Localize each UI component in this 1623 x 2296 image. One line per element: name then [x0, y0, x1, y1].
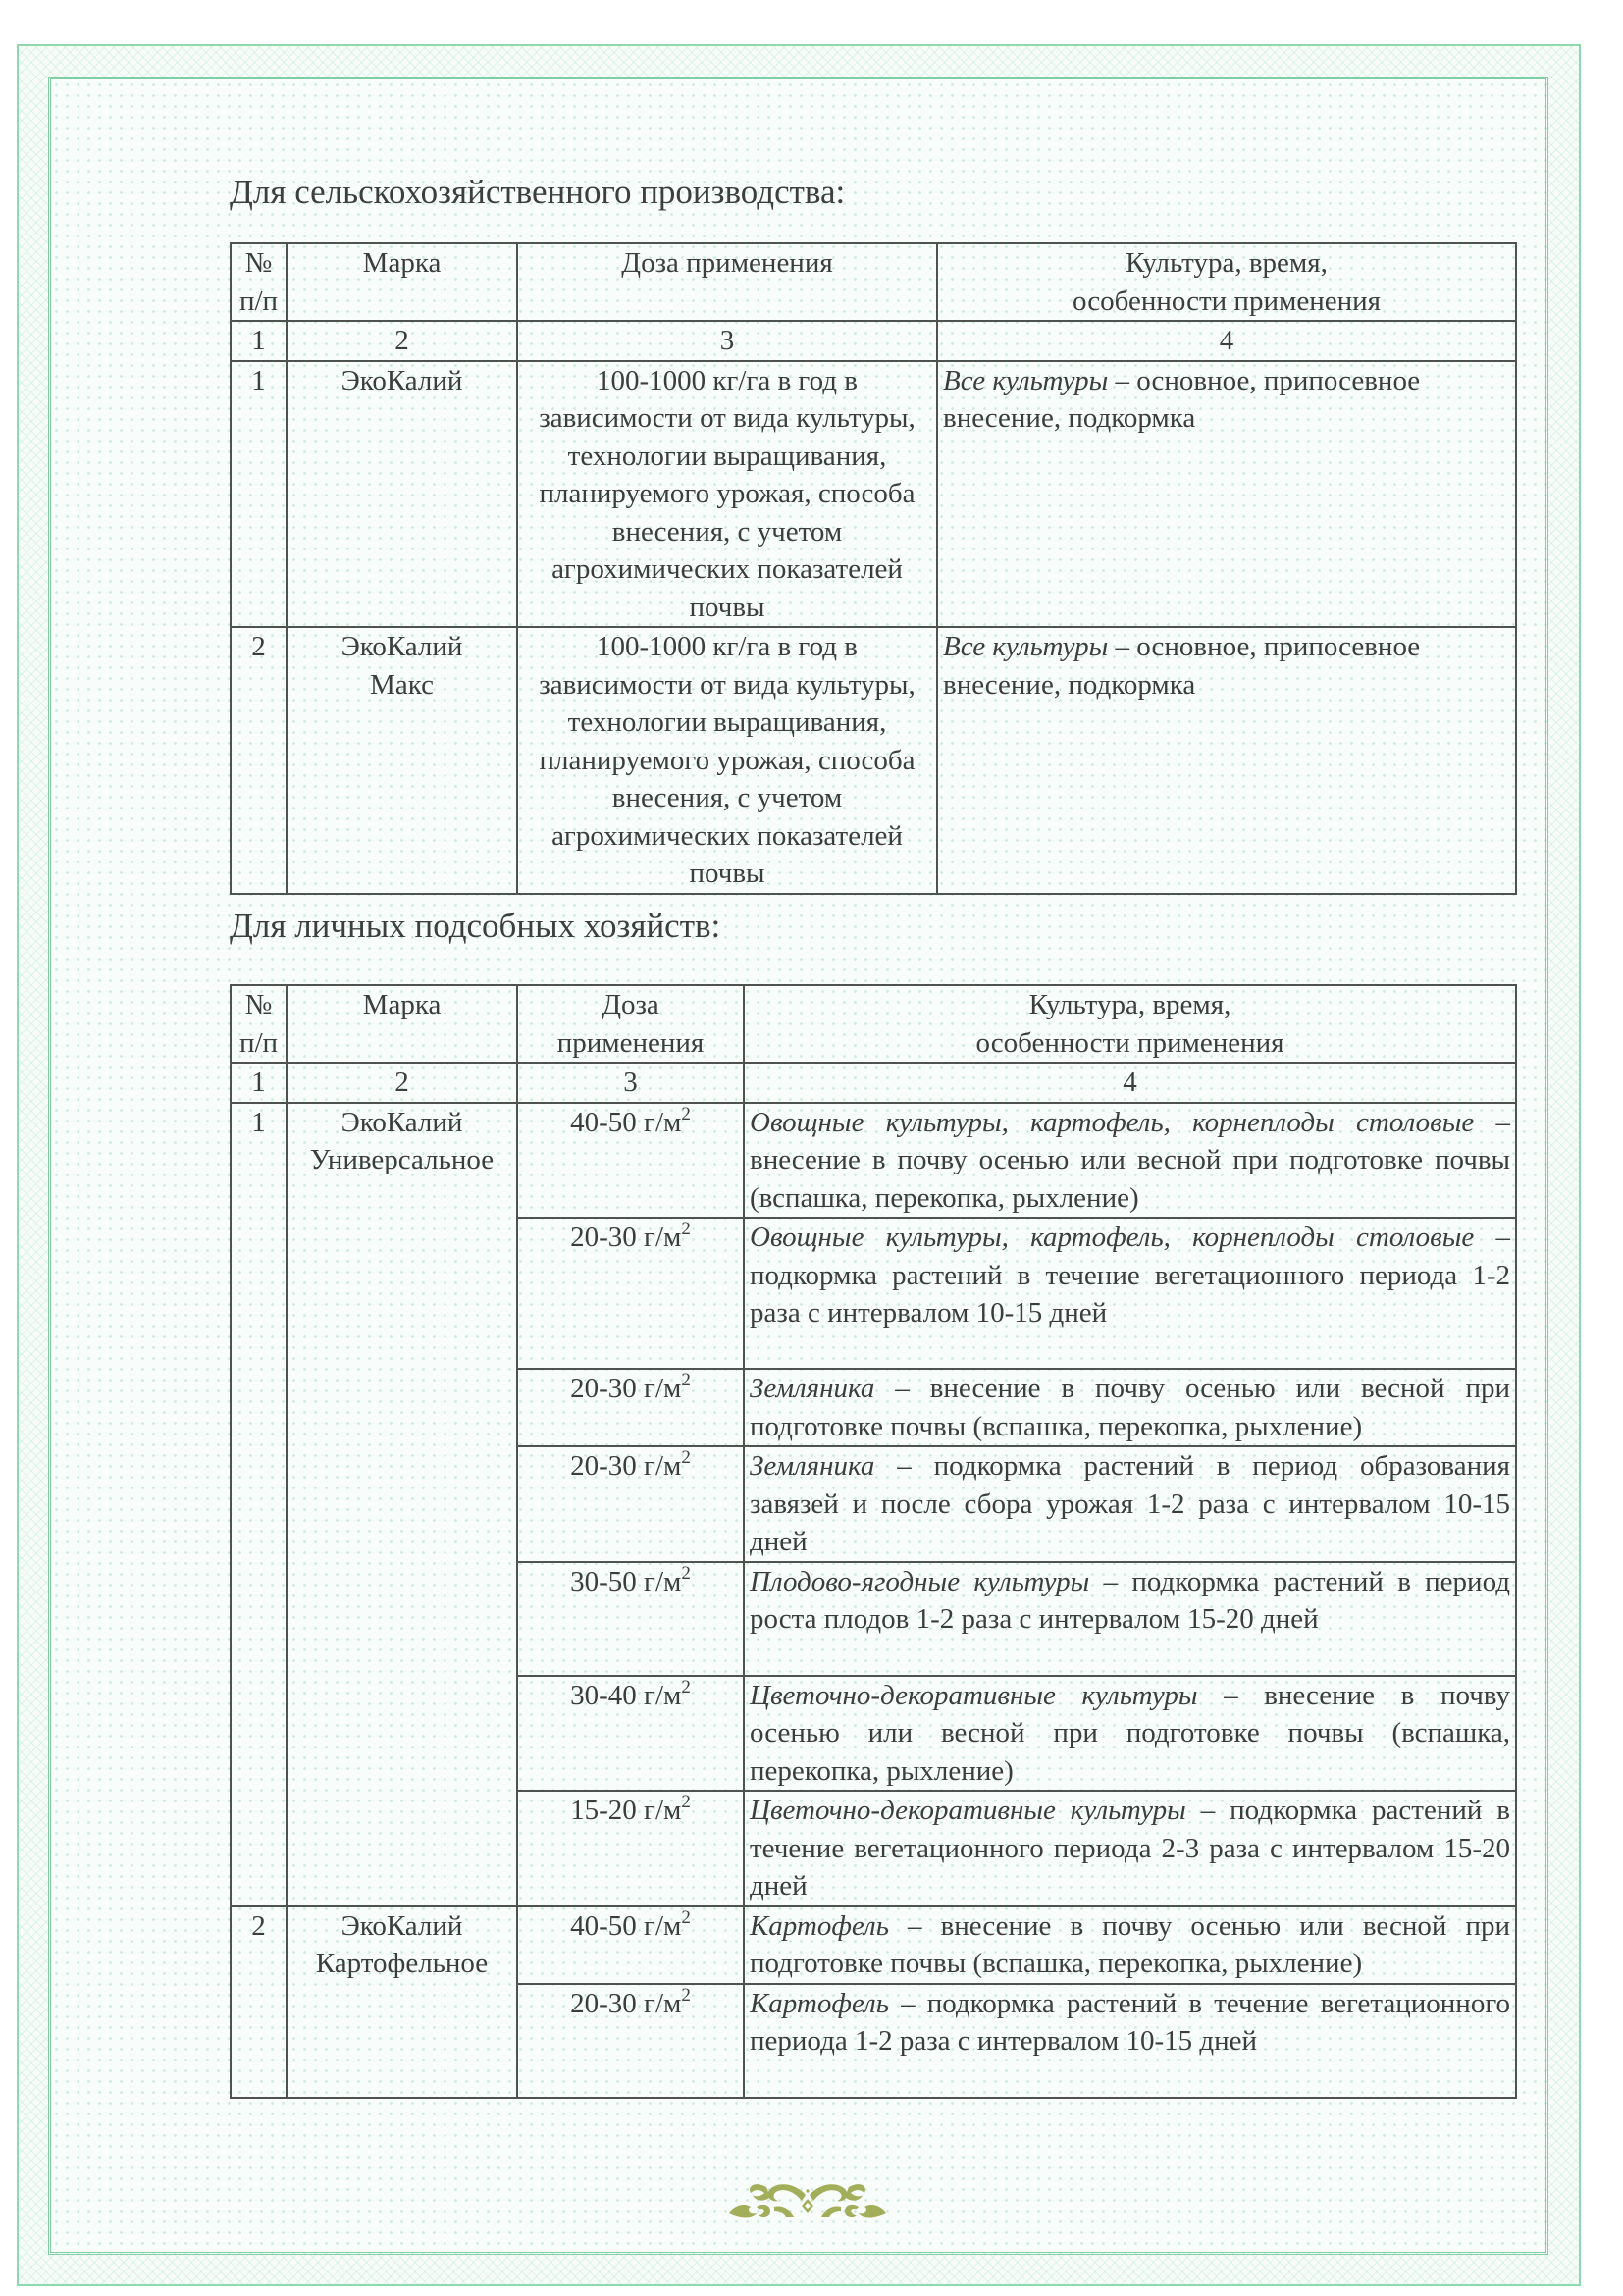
- dose-unit-exponent: 2: [681, 1985, 691, 2006]
- row-brand: ЭкоКалий Макс: [287, 627, 517, 894]
- row-num: 2: [231, 627, 287, 894]
- row-crop: Овощные культуры, картофель, корнеплоды …: [744, 1218, 1516, 1369]
- table-numbering-row: 1 2 3 4: [231, 1063, 1516, 1103]
- row-dose: 100-1000 кг/га в год в зависимости от ви…: [517, 361, 937, 628]
- header-brand: Марка: [287, 985, 517, 1063]
- row-dose: 40-50 г/м2: [517, 1103, 744, 1219]
- crop-name: Овощные культуры, картофель, корнеплоды …: [750, 1222, 1474, 1253]
- row-dose: 40-50 г/м2: [517, 1906, 744, 1984]
- dose-unit-exponent: 2: [681, 1370, 691, 1390]
- col-number-1: 1: [231, 321, 287, 361]
- header-crop: Культура, время, особенности применения: [937, 243, 1516, 321]
- crop-name: Картофель: [750, 1988, 889, 2019]
- dose-unit-exponent: 2: [681, 1219, 691, 1239]
- row-dose: 15-20 г/м2: [517, 1791, 744, 1906]
- dose-unit-exponent: 2: [681, 1447, 691, 1468]
- row-dose: 30-40 г/м2: [517, 1676, 744, 1792]
- row-dose: 20-30 г/м2: [517, 1446, 744, 1562]
- row-crop: Картофель – подкормка растений в течение…: [744, 1984, 1516, 2098]
- header-crop: Культура, время, особенности применения: [744, 985, 1516, 1063]
- header-num: № п/п: [231, 985, 287, 1063]
- header-dose: Доза применения: [517, 243, 937, 321]
- floral-ornament-icon: [727, 2179, 888, 2220]
- crop-name: Плодово-ягодные культуры: [750, 1566, 1089, 1597]
- row-brand: ЭкоКалий Универсальное: [287, 1103, 517, 1906]
- dose-value: 40-50 г/м: [570, 1910, 681, 1942]
- col-number-2: 2: [287, 1063, 517, 1103]
- table-households: № п/п Марка Доза применения Культура, вр…: [230, 984, 1517, 2099]
- header-dose: Доза применения: [517, 985, 744, 1063]
- crop-name: Земляника: [750, 1373, 874, 1404]
- dose-value: 20-30 г/м: [570, 1373, 681, 1404]
- dose-value: 30-40 г/м: [570, 1680, 681, 1711]
- header-brand: Марка: [287, 243, 517, 321]
- crop-name: Цветочно-декоративные культуры: [750, 1795, 1186, 1826]
- col-number-4: 4: [937, 321, 1516, 361]
- dose-value: 20-30 г/м: [570, 1222, 681, 1253]
- row-crop: Цветочно-декоративные культуры – внесени…: [744, 1676, 1516, 1792]
- crop-name: Цветочно-декоративные культуры: [750, 1680, 1197, 1711]
- section-title-households: Для личных подсобных хозяйств:: [230, 907, 720, 946]
- dose-unit-exponent: 2: [681, 1677, 691, 1697]
- row-dose: 20-30 г/м2: [517, 1218, 744, 1369]
- row-crop: Земляника – внесение в почву осенью или …: [744, 1369, 1516, 1446]
- dose-value: 15-20 г/м: [570, 1795, 681, 1826]
- row-crop: Плодово-ягодные культуры – подкормка рас…: [744, 1562, 1516, 1676]
- col-number-1: 1: [231, 1063, 287, 1103]
- table-row: 2 ЭкоКалий Макс 100-1000 кг/га в год в з…: [231, 627, 1516, 894]
- row-brand: ЭкоКалий: [287, 361, 517, 628]
- dose-unit-exponent: 2: [681, 1792, 691, 1812]
- table-row: 1ЭкоКалий Универсальное40-50 г/м2Овощные…: [231, 1103, 1516, 1219]
- row-dose: 100-1000 кг/га в год в зависимости от ви…: [517, 627, 937, 894]
- table-row: 2ЭкоКалий Картофельное40-50 г/м2Картофел…: [231, 1906, 1516, 1984]
- col-number-3: 3: [517, 1063, 744, 1103]
- col-number-2: 2: [287, 321, 517, 361]
- row-crop: Все культуры – основное, припосевное вне…: [937, 361, 1516, 628]
- section-title-agriculture: Для сельскохозяйственного производства:: [230, 173, 845, 212]
- crop-name: Овощные культуры, картофель, корнеплоды …: [750, 1107, 1474, 1138]
- row-crop: Все культуры – основное, припосевное вне…: [937, 627, 1516, 894]
- table-row: 1 ЭкоКалий 100-1000 кг/га в год в зависи…: [231, 361, 1516, 628]
- row-crop: Земляника – подкормка растений в период …: [744, 1446, 1516, 1562]
- row-crop: Овощные культуры, картофель, корнеплоды …: [744, 1103, 1516, 1219]
- row-num: 1: [231, 361, 287, 628]
- dose-value: 20-30 г/м: [570, 1450, 681, 1482]
- row-crop: Картофель – внесение в почву осенью или …: [744, 1906, 1516, 1984]
- row-dose: 20-30 г/м2: [517, 1984, 744, 2098]
- crop-name: Все культуры: [943, 365, 1108, 396]
- dose-value: 30-50 г/м: [570, 1566, 681, 1597]
- row-dose: 30-50 г/м2: [517, 1562, 744, 1676]
- row-brand: ЭкоКалий Картофельное: [287, 1906, 517, 2098]
- table-header-row: № п/п Марка Доза применения Культура, вр…: [231, 243, 1516, 321]
- header-num: № п/п: [231, 243, 287, 321]
- col-number-4: 4: [744, 1063, 1516, 1103]
- crop-name: Земляника: [750, 1450, 874, 1482]
- crop-name: Картофель: [750, 1910, 889, 1942]
- crop-name: Все культуры: [943, 631, 1108, 662]
- col-number-3: 3: [517, 321, 937, 361]
- row-num: 2: [231, 1906, 287, 2098]
- row-num: 1: [231, 1103, 287, 1906]
- dose-value: 20-30 г/м: [570, 1988, 681, 2019]
- dose-unit-exponent: 2: [681, 1563, 691, 1584]
- row-crop: Цветочно-декоративные культуры – подкорм…: [744, 1791, 1516, 1906]
- table-numbering-row: 1 2 3 4: [231, 321, 1516, 361]
- household-rows: 1ЭкоКалий Универсальное40-50 г/м2Овощные…: [231, 1103, 1516, 2098]
- table-agriculture: № п/п Марка Доза применения Культура, вр…: [230, 242, 1517, 895]
- dose-unit-exponent: 2: [681, 1907, 691, 1928]
- table-header-row: № п/п Марка Доза применения Культура, вр…: [231, 985, 1516, 1063]
- row-dose: 20-30 г/м2: [517, 1369, 744, 1446]
- dose-value: 40-50 г/м: [570, 1107, 681, 1138]
- dose-unit-exponent: 2: [681, 1104, 691, 1124]
